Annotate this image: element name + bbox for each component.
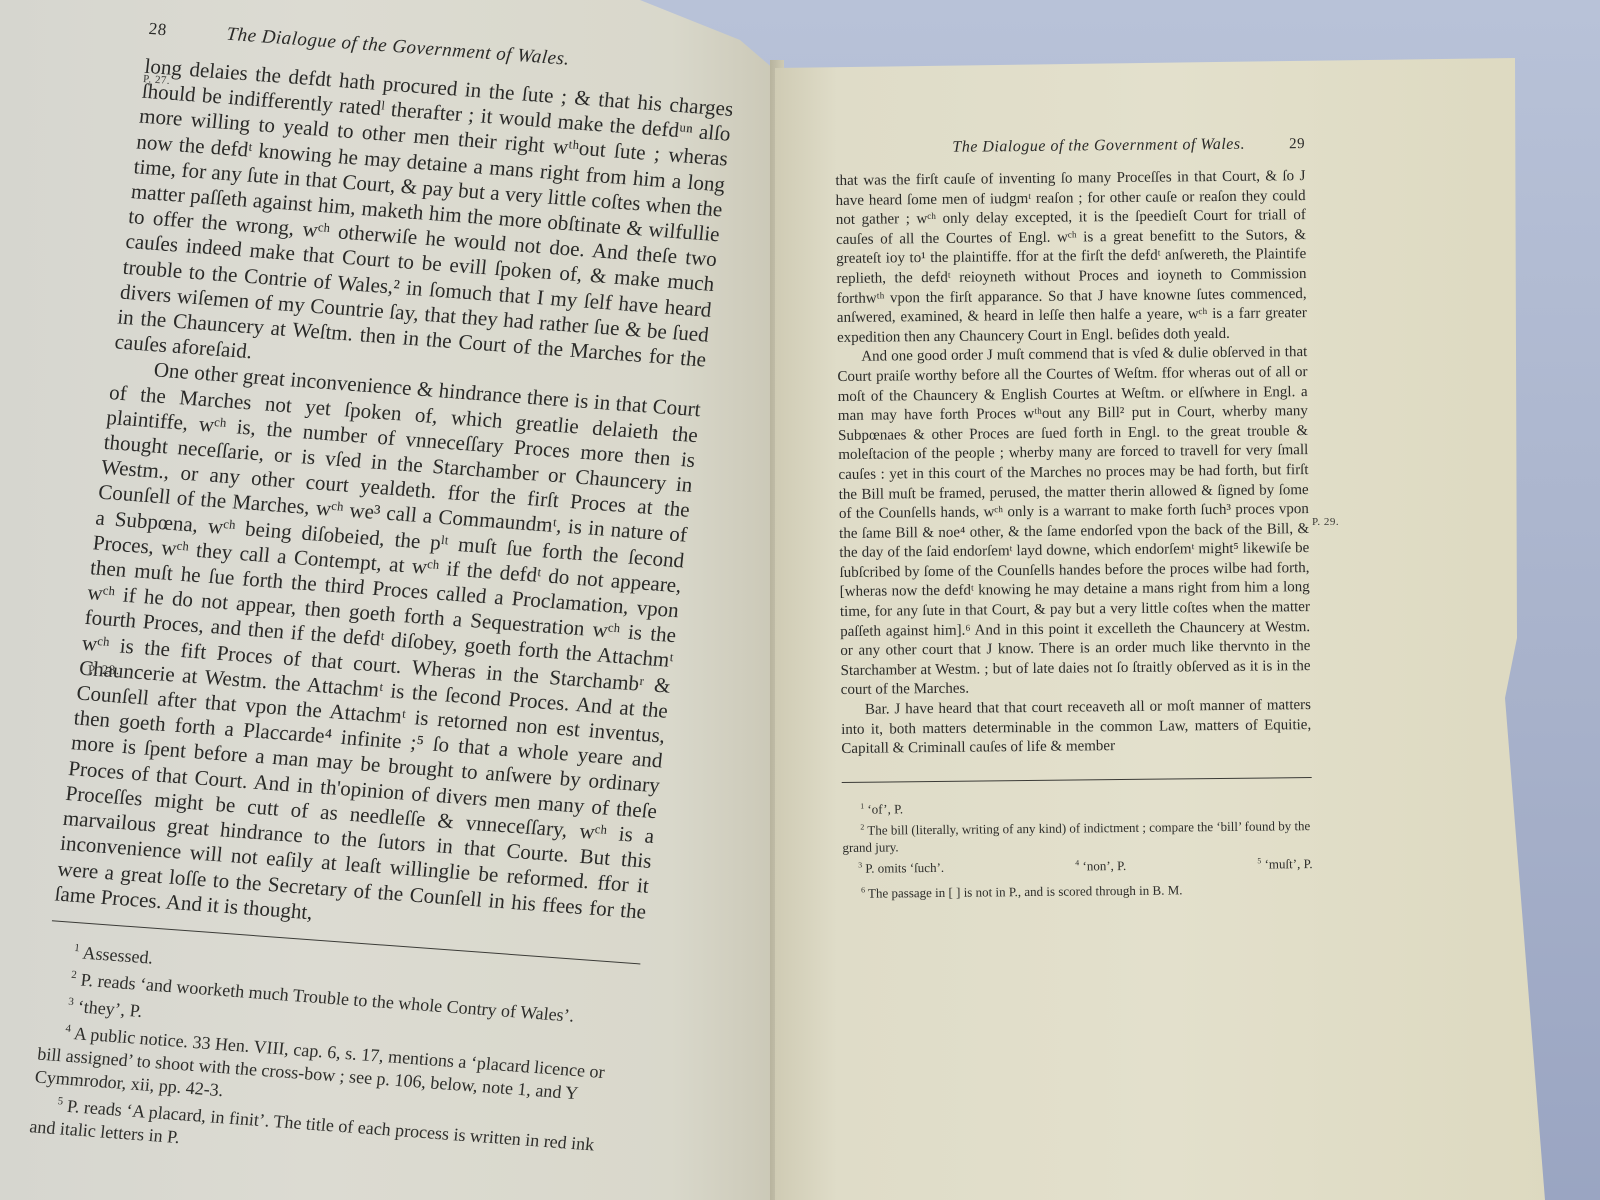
right-footnote-1: 1 ‘of’, P. (842, 796, 1312, 818)
left-body-text: long delaies the defdt hath procured in … (54, 54, 735, 950)
right-footnote-5: 5 ‘muſt’, P. (1257, 855, 1312, 873)
left-footnotes: 1 Assessed. 2 P. reads ‘and woorketh muc… (28, 939, 638, 1181)
right-running-title: The Dialogue of the Government of Wales. (952, 136, 1245, 157)
right-footnotes: 1 ‘of’, P. 2 The bill (literally, writin… (842, 796, 1313, 902)
right-footnote-4: 4 ‘non’, P. (1075, 857, 1126, 875)
margin-note-p29: P. 29. (1312, 516, 1339, 528)
page-number-29: 29 (1289, 136, 1305, 153)
right-paragraph-2: And one good order J muſt commend that i… (837, 343, 1311, 701)
right-footnotes-3-5: 3 P. omits ‘ſuch’. 4 ‘non’, P. 5 ‘muſt’,… (843, 855, 1313, 877)
left-paragraph-1: long delaies the defdt hath procured in … (113, 54, 734, 398)
right-running-head: The Dialogue of the Government of Wales.… (835, 135, 1305, 158)
photo-scene: P. 27. P. 28. 28 The Dialogue of the Gov… (0, 0, 1600, 1200)
left-page-content: 28 The Dialogue of the Government of Wal… (28, 18, 739, 1185)
right-paragraph-1: that was the firſt cauſe of inventing ſo… (835, 167, 1307, 348)
page-number-28: 28 (148, 19, 168, 40)
right-footnote-6: 6 The passage in [ ] is not in P., and i… (843, 880, 1313, 902)
right-footnote-2: 2 The bill (literally, writing of any ki… (842, 817, 1312, 856)
left-paragraph-2: One other great inconvenience & hindranc… (54, 355, 702, 950)
footnote-divider-right (842, 777, 1312, 783)
right-paragraph-3: Bar. J have heard that that court receav… (841, 696, 1312, 760)
right-body-text: that was the firſt cauſe of inventing ſo… (835, 167, 1311, 760)
right-page-content: The Dialogue of the Government of Wales.… (835, 135, 1313, 906)
right-footnote-3: 3 P. omits ‘ſuch’. (858, 859, 944, 877)
